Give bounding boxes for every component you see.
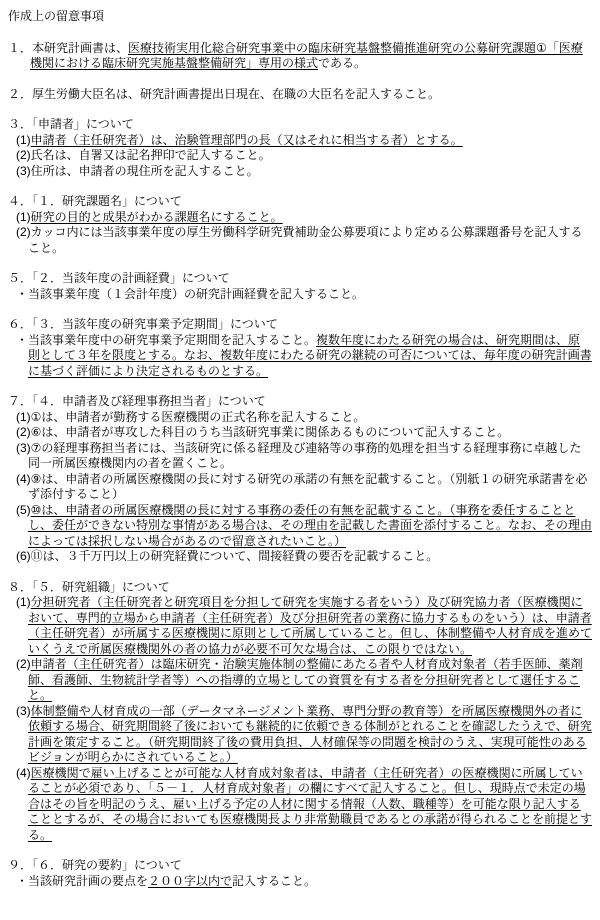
page-title: 作成上の留意事項 [8,9,592,25]
list-marker: (4) [16,766,31,780]
body-text: カッコ内には当該事業年度の厚生労働科学研究費補助金公募要項により定める公募課題番… [28,225,583,255]
paragraph: ３．「申請者」について [8,117,592,133]
list-marker: (3) [16,441,31,455]
paragraph: (2)カッコ内には当該事業年度の厚生労働科学研究費補助金公募要項により定める公募… [8,225,592,256]
list-marker: ・ [16,333,28,347]
list-marker: ６． [8,317,32,331]
body-text: 「１．研究課題名」について [32,194,182,208]
section-1: １．本研究計画書は、医療技術実用化総合研究事業中の臨床研究基盤整備推進研究の公募… [8,41,592,72]
paragraph: (4)⑨は、申請者の所属医療機関の長に対する研究の承諾の有無を記載すること。（別… [8,472,592,503]
list-marker: (2) [16,425,31,439]
paragraph: (2)⑥は、申請者が専攻した科目のうち当該研究事業に関係あるものについて記入する… [8,425,592,441]
paragraph: (1)①は、申請者が勤務する医療機関の正式名称を記入すること。 [8,410,592,426]
list-marker: ３． [8,117,32,131]
body-text: ⑨は、申請者の所属医療機関の長に対する研究の承諾の有無を記載すること。（別紙１の… [28,472,587,502]
body-text: 氏名は、自署又は記名押印で記入すること。 [31,148,271,162]
underlined-text: 研究の目的と成果がわかる課題名にすること。 [31,210,283,224]
paragraph: ６．「３．当該年度の研究事業予定期間」について [8,317,592,333]
body-text: である。 [318,56,366,70]
paragraph: (4)医療機関で雇い上げることが可能な人材育成対象者は、申請者（主任研究者）の医… [8,766,592,844]
body-text: ⑦の経理事務担当者には、当該研究に係る経理及び連絡等の事務的処理を担当する経理事… [28,441,581,471]
list-marker: １． [8,41,32,55]
list-marker: (1) [16,595,31,609]
document-body: １．本研究計画書は、医療技術実用化総合研究事業中の臨床研究基盤整備推進研究の公募… [8,41,592,890]
paragraph: (5)⑩は、申請者の所属医療機関の長に対する事務の委任の有無を記載すること。（事… [8,503,592,550]
list-marker: (4) [16,472,31,486]
underlined-text: 医療機関で雇い上げることが可能な人材育成対象者は、申請者（主任研究者）の医療機関… [28,766,592,842]
body-text: 「５．研究組織」について [32,580,170,594]
body-text: 記入すること。 [232,874,316,888]
body-text: 本研究計画書は、 [32,41,128,55]
underlined-text: 申請者（主任研究者）は臨床研究・治験実施体制の整備にあたる者や人材育成対象者（若… [28,657,583,702]
body-text: 住所は、申請者の現住所を記入すること。 [31,164,259,178]
document-page: 作成上の留意事項 １．本研究計画書は、医療技術実用化総合研究事業中の臨床研究基盤… [0,0,600,889]
paragraph: (3)住所は、申請者の現住所を記入すること。 [8,164,592,180]
list-marker: (5) [16,503,31,517]
paragraph: ・当該事業年度（１会計年度）の研究計画経費を記入すること。 [8,287,592,303]
list-marker: (6) [16,549,31,563]
list-marker: ・ [16,287,28,301]
body-text: 当該事業年度（１会計年度）の研究計画経費を記入すること。 [28,287,364,301]
list-marker: (2) [16,225,31,239]
list-marker: ７． [8,394,32,408]
paragraph: ５．「２．当該年度の計画経費」について [8,271,592,287]
body-text: 当該事業年度中の研究事業予定期間を記入すること。 [28,333,316,347]
section-8: ８．「５．研究組織」について(1)分担研究者（主任研究者と研究項目を分担して研究… [8,580,592,844]
section-4: ４．「１．研究課題名」について(1)研究の目的と成果がわかる課題名にすること。(… [8,194,592,256]
list-marker: ・ [16,874,28,888]
list-marker: ８． [8,580,32,594]
list-marker: (1) [16,133,31,147]
underlined-text: 申請者（主任研究者）は、治験管理部門の長（又はそれに相当する者）とする。 [31,133,463,147]
list-marker: (3) [16,164,31,178]
underlined-text: ⑩は、申請者の所属医療機関の長に対する事務の委任の有無を記載すること。（事務を委… [28,503,592,548]
paragraph: (6)⑪は、３千万円以上の研究経費について、間接経費の要否を記載すること。 [8,549,592,565]
underlined-text: 体制整備や人材育成の一部（データマネージメント業務、専門分野の教育等）を所属医療… [28,704,592,765]
body-text: 「４．申請者及び経理事務担当者」について [32,394,266,408]
paragraph: ・当該事業年度中の研究事業予定期間を記入すること。複数年度にわたる研究の場合は、… [8,333,592,380]
paragraph: (2)氏名は、自署又は記名押印で記入すること。 [8,148,592,164]
paragraph: ・当該研究計画の要点を２００字以内で記入すること。 [8,874,592,890]
paragraph: (3)体制整備や人材育成の一部（データマネージメント業務、専門分野の教育等）を所… [8,704,592,766]
paragraph: (3)⑦の経理事務担当者には、当該研究に係る経理及び連絡等の事務的処理を担当する… [8,441,592,472]
section-7: ７．「４．申請者及び経理事務担当者」について(1)①は、申請者が勤務する医療機関… [8,394,592,565]
body-text: ①は、申請者が勤務する医療機関の正式名称を記入すること。 [31,410,366,424]
section-5: ５．「２．当該年度の計画経費」について・当該事業年度（１会計年度）の研究計画経費… [8,271,592,302]
paragraph: (1)申請者（主任研究者）は、治験管理部門の長（又はそれに相当する者）とする。 [8,133,592,149]
paragraph: １．本研究計画書は、医療技術実用化総合研究事業中の臨床研究基盤整備推進研究の公募… [8,41,592,72]
paragraph: ７．「４．申請者及び経理事務担当者」について [8,394,592,410]
list-marker: (2) [16,148,31,162]
body-text: ⑥は、申請者が専攻した科目のうち当該研究事業に関係あるものについて記入すること。 [31,425,510,439]
list-marker: (1) [16,210,31,224]
list-marker: ５． [8,271,32,285]
list-marker: (3) [16,704,31,718]
underlined-text: ２００字以内で [148,874,232,888]
body-text: 「６．研究の要約」について [32,858,182,872]
list-marker: (2) [16,657,31,671]
paragraph: (2)申請者（主任研究者）は臨床研究・治験実施体制の整備にあたる者や人材育成対象… [8,657,592,704]
list-marker: ２． [8,87,32,101]
body-text: 当該研究計画の要点を [28,874,148,888]
paragraph: ８．「５．研究組織」について [8,580,592,596]
paragraph: ４．「１．研究課題名」について [8,194,592,210]
body-text: 「申請者」について [32,117,134,131]
body-text: 「２．当該年度の計画経費」について [32,271,230,285]
paragraph: ９．「６．研究の要約」について [8,858,592,874]
body-text: 「３．当該年度の研究事業予定期間」について [32,317,278,331]
underlined-text: 分担研究者（主任研究者と研究項目を分担して研究を実施する者をいう）及び研究協力者… [28,595,592,656]
list-marker: ９． [8,858,32,872]
body-text: ⑪は、３千万円以上の研究経費について、間接経費の要否を記載すること。 [31,549,439,563]
paragraph: ２．厚生労働大臣名は、研究計画書提出日現在、在職の大臣名を記入すること。 [8,87,592,103]
body-text: 厚生労働大臣名は、研究計画書提出日現在、在職の大臣名を記入すること。 [32,87,440,101]
list-marker: (1) [16,410,31,424]
section-6: ６．「３．当該年度の研究事業予定期間」について・当該事業年度中の研究事業予定期間… [8,317,592,379]
section-3: ３．「申請者」について(1)申請者（主任研究者）は、治験管理部門の長（又はそれに… [8,117,592,179]
section-9: ９．「６．研究の要約」について・当該研究計画の要点を２００字以内で記入すること。 [8,858,592,889]
paragraph: (1)研究の目的と成果がわかる課題名にすること。 [8,210,592,226]
paragraph: (1)分担研究者（主任研究者と研究項目を分担して研究を実施する者をいう）及び研究… [8,595,592,657]
section-2: ２．厚生労働大臣名は、研究計画書提出日現在、在職の大臣名を記入すること。 [8,87,592,103]
list-marker: ４． [8,194,32,208]
